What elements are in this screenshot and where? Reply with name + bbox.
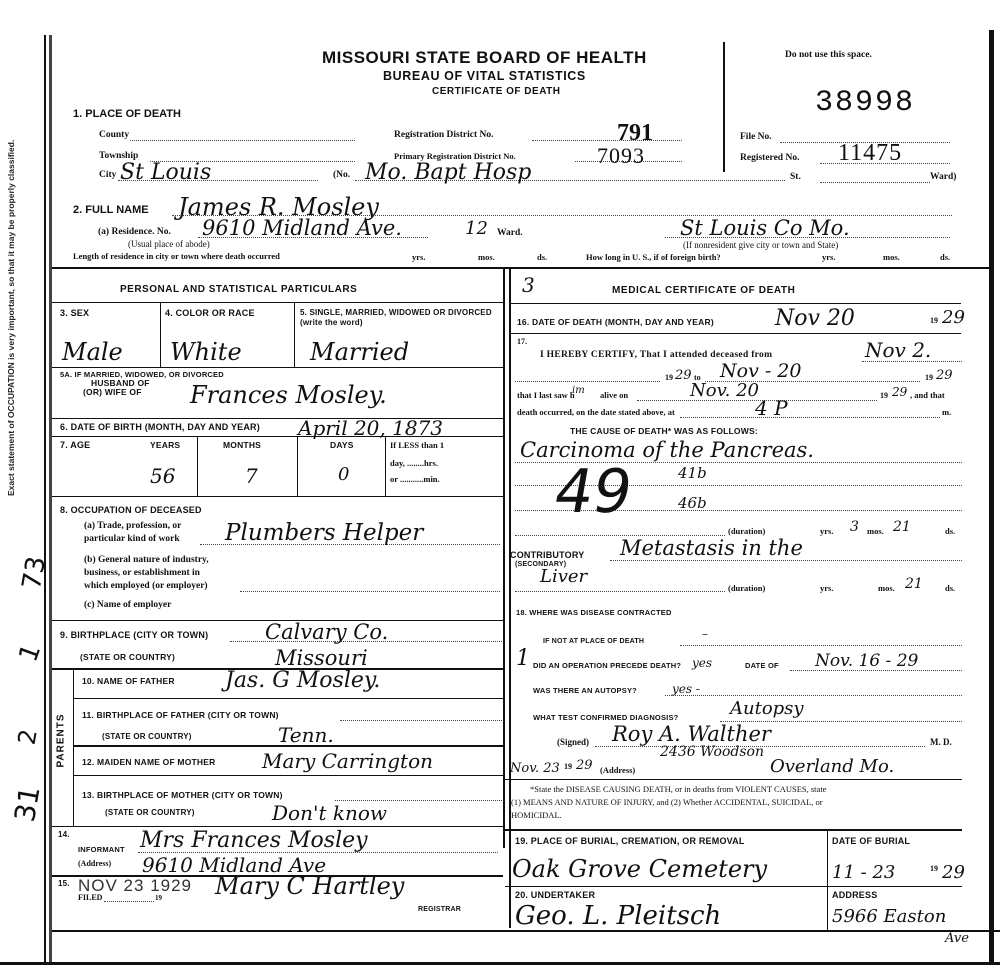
margin-number-1: 1 xyxy=(15,641,45,665)
occ-a-value: Plumbers Helper xyxy=(225,522,423,545)
header-divider xyxy=(723,42,725,172)
birthplace-label: 9. BIRTHPLACE (CITY OR TOWN) xyxy=(60,630,208,640)
filed-19: 19 xyxy=(155,894,162,902)
duration-1-label: (duration) xyxy=(728,526,765,536)
cause-code-1: 41b xyxy=(678,466,707,481)
burial-year: 29 xyxy=(942,864,965,882)
years-label: YEARS xyxy=(150,440,180,450)
duration-2-ds-label: ds. xyxy=(945,583,955,593)
father-bp-label: 11. BIRTHPLACE OF FATHER (CITY OR TOWN) xyxy=(82,710,279,720)
dod-value[interactable]: Nov 20 xyxy=(775,308,855,330)
physician-address-label: (Address) xyxy=(600,765,635,775)
father-bp-city-field[interactable] xyxy=(340,720,502,721)
time-of-death-value: 4 P xyxy=(755,398,788,418)
burial-divider xyxy=(827,830,828,930)
dob-label: 6. DATE OF BIRTH (MONTH, DAY AND YEAR) xyxy=(60,422,260,432)
dod-label: 16. DATE OF DEATH (MONTH, DAY AND YEAR) xyxy=(517,317,714,327)
street-value: Mo. Bapt Hosp xyxy=(365,162,531,184)
row-rule-12 xyxy=(74,775,503,776)
autopsy-field[interactable] xyxy=(665,695,962,696)
burial-place-label: 19. PLACE OF BURIAL, CREMATION, OR REMOV… xyxy=(515,836,745,846)
contributory-label: CONTRIBUTORY xyxy=(510,550,584,560)
row-rule-5 xyxy=(52,367,503,368)
attended-from-value: Nov 2. xyxy=(865,340,931,360)
last-saw-him: im xyxy=(572,386,585,396)
margin-mark-1: 1 xyxy=(516,648,530,670)
burial-19: 19 xyxy=(930,864,938,873)
personal-title-rule xyxy=(52,302,503,303)
undertaker-address-value-1[interactable]: 5966 Easton xyxy=(832,908,946,926)
physician-address-value-1: 2436 Woodson xyxy=(660,745,764,759)
alive-19: 19 xyxy=(880,391,888,400)
informant-value: Mrs Frances Mosley xyxy=(140,830,368,852)
registrar-signature: Mary C Hartley xyxy=(215,874,404,898)
autopsy-value: yes - xyxy=(672,683,700,695)
operation-date-label: DATE OF xyxy=(745,661,779,670)
sign-date[interactable]: Nov. 23 xyxy=(510,762,560,775)
if-less-label-1: If LESS than 1 xyxy=(390,440,444,450)
m-label: m. xyxy=(942,407,951,417)
occ-b-label-2: business, or establishment in xyxy=(84,568,200,578)
md-label: M. D. xyxy=(930,737,952,747)
side-margin-note: Exact statement of OCCUPATION is very im… xyxy=(6,116,18,496)
medical-rule-footnote xyxy=(505,829,962,831)
birthplace-city-value: Calvary Co. xyxy=(265,622,388,643)
length-residence-label: Length of residence in city or town wher… xyxy=(73,251,280,261)
duration-1-yrs-label: yrs. xyxy=(820,526,833,536)
years-value[interactable]: 56 xyxy=(150,466,175,486)
residence-value: 9610 Midland Ave. xyxy=(202,218,402,239)
occupation-label: 8. OCCUPATION OF DECEASED xyxy=(60,505,202,515)
time-of-death-field[interactable] xyxy=(680,417,940,418)
primary-reg-label: Primary Registration District No. xyxy=(394,151,516,161)
row-rule-11 xyxy=(74,745,503,747)
undertaker-address-value-2: Ave xyxy=(945,932,969,945)
duration-2-line[interactable] xyxy=(515,591,725,592)
residence-label: (a) Residence. No. xyxy=(98,227,171,237)
row-rule-6 xyxy=(52,436,503,437)
length-ds-label: ds. xyxy=(537,252,547,262)
contributory-line-1[interactable] xyxy=(610,560,962,561)
if-less-label-3: or ...........min. xyxy=(390,474,440,484)
operation-label: DID AN OPERATION PRECEDE DEATH? xyxy=(533,661,681,670)
us-ds-label: ds. xyxy=(940,252,950,262)
undertaker-value[interactable]: Geo. L. Pleitsch xyxy=(515,903,721,929)
how-long-us-label: How long in U. S., if of foreign birth? xyxy=(586,252,721,262)
sign-19: 19 xyxy=(564,762,572,771)
mother-label: 12. MAIDEN NAME OF MOTHER xyxy=(82,757,215,767)
row-rule-10 xyxy=(74,698,503,699)
race-marital-divider xyxy=(294,303,295,367)
alive-on-label: alive on xyxy=(600,390,628,400)
duration-2-yrs-label: yrs. xyxy=(820,583,833,593)
father-bp-state-label: (STATE OR COUNTRY) xyxy=(102,732,192,741)
dod-year: 29 xyxy=(942,309,965,327)
ward-field[interactable] xyxy=(820,182,930,183)
contributory-value-1: Metastasis in the xyxy=(620,538,803,559)
cause-of-death-label: THE CAUSE OF DEATH* WAS AS FOLLOWS: xyxy=(570,426,758,436)
us-yrs-label: yrs. xyxy=(822,252,835,262)
file-no-label: File No. xyxy=(740,132,772,142)
personal-section-title: PERSONAL AND STATISTICAL PARTICULARS xyxy=(120,284,357,295)
physician-address-value-2: Overland Mo. xyxy=(770,758,894,776)
from-19: 19 xyxy=(665,373,673,382)
age-divider-1 xyxy=(197,437,198,496)
full-name-label: 2. FULL NAME xyxy=(73,204,149,216)
form-title: MISSOURI STATE BOARD OF HEALTH xyxy=(322,48,647,68)
filed-field[interactable] xyxy=(104,901,154,902)
city-value: St Louis xyxy=(120,162,211,184)
age-divider-3 xyxy=(385,437,386,496)
months-value[interactable]: 7 xyxy=(245,466,258,486)
informant-address-label: (Address) xyxy=(78,859,111,868)
signed-value: Roy A. Walther xyxy=(612,724,771,745)
spouse-value[interactable]: Frances Mosley. xyxy=(190,383,387,407)
father-bp-value[interactable]: Tenn. xyxy=(278,725,334,745)
duration-1-mos-label: mos. xyxy=(867,526,884,536)
mother-bp-value[interactable]: Don't know xyxy=(272,803,387,823)
usual-place-label: (Usual place of abode) xyxy=(128,239,210,249)
cause-code-big: 49 xyxy=(550,462,637,522)
occ-b-label-1: (b) General nature of industry, xyxy=(84,555,209,565)
burial-date-value[interactable]: 11 - 23 xyxy=(832,864,895,882)
where-contracted-label: 18. WHERE WAS DISEASE CONTRACTED xyxy=(516,608,672,617)
undertaker-address-label: ADDRESS xyxy=(832,890,877,900)
to-year: 29 xyxy=(936,369,953,382)
sex-label: 3. SEX xyxy=(60,308,89,318)
length-yrs-label: yrs. xyxy=(412,252,425,262)
duration-2-label: (duration) xyxy=(728,583,765,593)
dod-19: 19 xyxy=(930,316,938,325)
duration-2-mos-label: mos. xyxy=(878,583,895,593)
county-label: County xyxy=(99,130,129,140)
race-value[interactable]: White xyxy=(170,340,242,364)
test-confirmed-label: WHAT TEST CONFIRMED DIAGNOSIS? xyxy=(533,713,678,722)
st-label: St. xyxy=(790,172,801,182)
occ-a-label-2: particular kind of work xyxy=(84,534,180,544)
not-at-place-field[interactable] xyxy=(680,645,962,646)
medical-rule-sign xyxy=(505,779,962,780)
medical-title-rule xyxy=(511,303,961,304)
age-divider-2 xyxy=(297,437,298,496)
operation-value[interactable]: yes xyxy=(692,657,712,669)
test-confirmed-value: Autopsy xyxy=(730,700,804,718)
item-17: 17. xyxy=(517,337,527,346)
occ-a-label-1: (a) Trade, profession, or xyxy=(84,521,181,531)
footnote-line-2: (1) MEANS AND NATURE OF INJURY, and (2) … xyxy=(511,797,823,807)
bottom-frame-line xyxy=(0,962,1000,965)
duration-1-mos-value: 3 xyxy=(850,520,859,534)
certify-label: I HEREBY CERTIFY, That I attended deceas… xyxy=(540,350,772,360)
age-label: 7. AGE xyxy=(60,440,90,450)
race-label: 4. COLOR OR RACE xyxy=(165,308,255,318)
and-that-label: , and that xyxy=(910,390,945,400)
days-label: DAYS xyxy=(330,440,354,450)
left-frame-line xyxy=(44,35,46,965)
from-line-2[interactable] xyxy=(515,381,660,382)
row-rule-13 xyxy=(52,826,503,827)
undertaker-label: 20. UNDERTAKER xyxy=(515,890,595,900)
days-value[interactable]: 0 xyxy=(338,466,349,484)
mother-bp-label: 13. BIRTHPLACE OF MOTHER (CITY OR TOWN) xyxy=(82,790,283,800)
operation-date-value: Nov. 16 - 29 xyxy=(815,653,918,670)
sign-year: 29 xyxy=(576,759,593,772)
signed-label: (Signed) xyxy=(557,737,589,747)
row-rule-7 xyxy=(52,496,503,497)
not-at-place-label: IF NOT AT PLACE OF DEATH xyxy=(543,638,644,645)
last-saw-label: that I last saw h xyxy=(517,390,575,400)
burial-place-value[interactable]: Oak Grove Cemetery xyxy=(512,857,767,881)
duration-2-ds-value: 21 xyxy=(905,577,923,591)
bureau-title: BUREAU OF VITAL STATISTICS xyxy=(383,69,586,83)
registered-no-value: 11475 xyxy=(838,140,902,167)
attended-to-value: Nov - 20 xyxy=(720,362,801,381)
birthplace-state-value[interactable]: Missouri xyxy=(275,648,368,669)
primary-reg-value: 7093 xyxy=(597,143,645,169)
alive-on-value: Nov. 20 xyxy=(690,382,759,400)
registrar-label: REGISTRAR xyxy=(418,906,461,913)
ward-label: Ward) xyxy=(930,172,956,182)
place-of-death-label: 1. PLACE OF DEATH xyxy=(73,108,181,120)
registered-no-label: Registered No. xyxy=(740,153,799,163)
duration-1-ds-label: ds. xyxy=(945,526,955,536)
spouse-label-3: (OR) WIFE OF xyxy=(83,387,142,397)
column-divider-left xyxy=(503,268,505,848)
length-mos-label: mos. xyxy=(478,252,495,262)
occ-c-label: (c) Name of employer xyxy=(84,600,171,610)
sex-race-divider xyxy=(160,303,161,367)
informant-number: 14. xyxy=(58,830,70,839)
contributory-value-2: Liver xyxy=(540,568,587,586)
burial-rule xyxy=(505,886,962,887)
parents-vertical-label: PARENTS xyxy=(56,713,67,767)
marital-label: 5. SINGLE, MARRIED, WIDOWED OR DIVORCED … xyxy=(300,308,495,328)
residence-ward-label: Ward. xyxy=(497,228,523,238)
medical-rule-16 xyxy=(511,333,961,334)
death-occurred-label: death occurred, on the date stated above… xyxy=(517,407,675,417)
dob-value[interactable]: April 20, 1873 xyxy=(298,418,443,438)
reg-district-field[interactable] xyxy=(532,140,682,141)
to-19: 19 xyxy=(925,373,933,382)
mother-bp-state-label: (STATE OR COUNTRY) xyxy=(105,808,195,817)
county-field[interactable] xyxy=(130,140,355,141)
cause-code-2: 46b xyxy=(678,496,707,511)
section-divider-top xyxy=(52,267,989,269)
reg-district-label: Registration District No. xyxy=(394,130,493,140)
medical-corner-mark: 3 xyxy=(522,275,535,295)
autopsy-label: WAS THERE AN AUTOPSY? xyxy=(533,686,637,695)
birthplace-state-label: (STATE OR COUNTRY) xyxy=(80,652,175,662)
occupation-importance-note: Exact statement of OCCUPATION is very im… xyxy=(6,140,16,496)
if-less-label-2: day, ........hrs. xyxy=(390,458,438,468)
no-label: (No. xyxy=(333,170,350,180)
father-label: 10. NAME OF FATHER xyxy=(82,676,175,686)
right-frame-line xyxy=(989,30,994,965)
filed-label: FILED xyxy=(78,893,102,902)
parents-divider xyxy=(73,669,74,827)
stamp-number: 38998 xyxy=(815,86,915,120)
do-not-use-note: Do not use this space. xyxy=(785,50,872,60)
margin-number-2: 2 xyxy=(14,727,40,746)
footnote-line-1: *State the DISEASE CAUSING DEATH, or in … xyxy=(530,784,826,794)
sex-value[interactable]: Male xyxy=(62,340,123,364)
occ-b-field[interactable] xyxy=(240,591,500,592)
footnote-line-3: HOMICIDAL. xyxy=(511,810,562,820)
ward-value: 12 xyxy=(465,220,488,238)
months-label: MONTHS xyxy=(223,440,261,450)
certificate-title: CERTIFICATE OF DEATH xyxy=(432,86,561,97)
burial-date-label: DATE OF BURIAL xyxy=(832,836,910,846)
us-mos-label: mos. xyxy=(883,252,900,262)
nonresident-value: St Louis Co Mo. xyxy=(680,218,850,239)
occ-b-label-3: which employed (or employer) xyxy=(84,581,208,591)
nonresident-label: (If nonresident give city or town and St… xyxy=(683,240,838,250)
father-value[interactable]: Jas. G Mosley. xyxy=(225,670,380,692)
margin-number-31: 31 xyxy=(11,784,45,824)
medical-section-title: MEDICAL CERTIFICATE OF DEATH xyxy=(612,285,795,296)
not-at-place-value: – xyxy=(702,628,708,640)
filed-number: 15. xyxy=(58,879,70,888)
informant-label: INFORMANT xyxy=(78,845,125,854)
duration-1-ds-value: 21 xyxy=(893,520,911,534)
alive-year: 29 xyxy=(892,386,907,398)
city-label: City xyxy=(99,170,116,180)
marital-value[interactable]: Married xyxy=(310,340,409,364)
mother-value[interactable]: Mary Carrington xyxy=(262,751,433,771)
